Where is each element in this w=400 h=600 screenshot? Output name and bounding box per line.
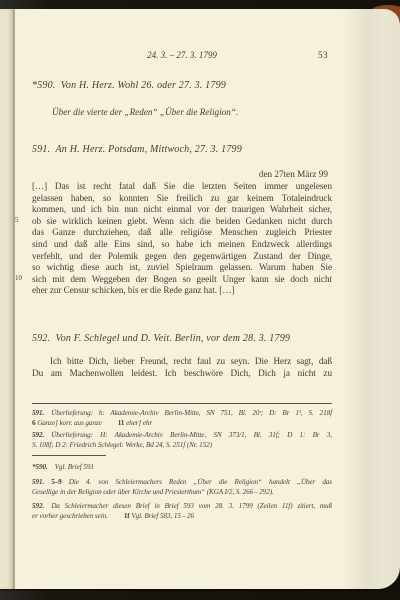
note-text: er vorher geschrieben sein. (32, 512, 108, 520)
body-line: gelassen haben, so konnten Sie freilich … (32, 193, 332, 205)
body-line: verfehlt, und der Polemik gegen den gege… (32, 251, 332, 263)
letter-590-heading: *590. Von H. Herz. Wohl 26. oder 27. 3. … (32, 80, 332, 91)
note-line: 592.Da Schleiermacher diesen Brief in Br… (32, 501, 332, 511)
book-page: 24. 3. – 27. 3. 1799 53 *590. Von H. Her… (0, 9, 400, 589)
page-curvature-shading (342, 9, 400, 589)
letter-591-heading: 591. An H. Herz. Potsdam, Mittwoch, 27. … (32, 144, 332, 155)
notes-divider-rule (32, 455, 106, 456)
apparatus-entry-591: 591.Überlieferung: h: Akademie-Archiv Be… (32, 408, 332, 428)
apparatus-line: S. 108f; D 2: Friedrich Schlegel: Werke,… (32, 440, 332, 450)
running-head-date: 24. 3. – 27. 3. 1799 (147, 50, 217, 60)
note-line: er vorher geschrieben sein.1f Vgl. Brief… (32, 511, 332, 521)
body-line: […] Das ist recht fatal daß Sie die letz… (32, 181, 332, 193)
note-text: Vgl. Brief 583, 15 – 26 (131, 512, 194, 520)
variant-text: eher] ehr (126, 419, 152, 427)
body-line: ob sie wirklich keinen giebt. Wenn sich … (32, 216, 332, 228)
note-line-ref: 5–9 (51, 478, 61, 486)
apparatus-divider-rule (32, 403, 332, 404)
body-line: das Ganze durchziehen, daß alle religiös… (32, 227, 332, 239)
body-line: so wichtig diese auch ist, zuviel Spielr… (32, 262, 332, 274)
footnote-number: 592. (32, 431, 44, 439)
note-entry-590: *590.Vgl. Brief 591 (32, 462, 332, 472)
body-line: kommen, und ich bin nun nicht einmal vor… (32, 204, 332, 216)
body-line: eher zur Censur schicken, bis er die Red… (32, 285, 332, 297)
note-text: Da Schleiermacher diesen Brief in Brief … (51, 502, 332, 510)
apparatus-line: 592.Überlieferung: H: Akademie-Archiv Be… (32, 430, 332, 440)
footnote-number: 591. (32, 409, 44, 417)
margin-line-number-10: 10 (15, 274, 27, 282)
note-line: 591.5–9 Die 4. von Schleiermachers Reden… (32, 477, 332, 487)
letter-592-heading: 592. Von F. Schlegel und D. Veit. Berlin… (32, 333, 332, 344)
page-stack-edge (0, 9, 15, 589)
letter-591-dateline: den 27ten März 99 (32, 169, 332, 179)
variant-text: Ganze] korr. aus ganze (37, 419, 101, 427)
book-photo: 24. 3. – 27. 3. 1799 53 *590. Von H. Her… (0, 0, 400, 600)
body-line: sich mit dem Weggeben der Bogen so geeil… (32, 274, 332, 286)
letter-590-regest: Über die vierte der „Reden“ „Über die Re… (32, 107, 352, 117)
body-line: Du am Machenwollen leidest. Ich beschwör… (32, 368, 332, 380)
note-line-ref: 1f (124, 512, 130, 520)
letter-592-body: Ich bitte Dich, lieber Freund, recht fau… (32, 356, 332, 379)
letter-591-body: 5 10 […] Das ist recht fatal daß Sie die… (32, 181, 332, 297)
page-number: 53 (318, 50, 328, 60)
body-line: Ich bitte Dich, lieber Freund, recht fau… (32, 356, 332, 368)
variant-line-number: 6 (32, 419, 36, 427)
body-line: sind und daß alle Eins sind, so habe ich… (32, 239, 332, 251)
running-head: 24. 3. – 27. 3. 1799 53 (32, 50, 332, 62)
note-line: Gesellige in der Religion oder über Kirc… (32, 487, 332, 497)
note-text: Vgl. Brief 591 (55, 463, 94, 471)
note-entry-591: 591.5–9 Die 4. von Schleiermachers Reden… (32, 477, 332, 497)
footnote-text: Überlieferung: h: Akademie-Archiv Berlin… (51, 409, 332, 417)
text-block: 24. 3. – 27. 3. 1799 53 *590. Von H. Her… (32, 9, 332, 589)
footnote-number: 592. (32, 502, 44, 510)
footnote-text: Überlieferung: H: Akademie-Archiv Berlin… (51, 431, 332, 439)
margin-line-number-5: 5 (15, 216, 27, 224)
note-entry-592: 592.Da Schleiermacher diesen Brief in Br… (32, 501, 332, 521)
apparatus-entry-592: 592.Überlieferung: H: Akademie-Archiv Be… (32, 430, 332, 450)
apparatus-line: 591.Überlieferung: h: Akademie-Archiv Be… (32, 408, 332, 418)
apparatus-variants-line: 6 Ganze] korr. aus ganze11 eher] ehr (32, 418, 332, 428)
footnote-number: *590. (32, 463, 48, 471)
note-text: Die 4. von Schleiermachers Reden „Über d… (69, 478, 332, 486)
variant-line-number: 11 (118, 419, 125, 427)
footnote-number: 591. (32, 478, 44, 486)
